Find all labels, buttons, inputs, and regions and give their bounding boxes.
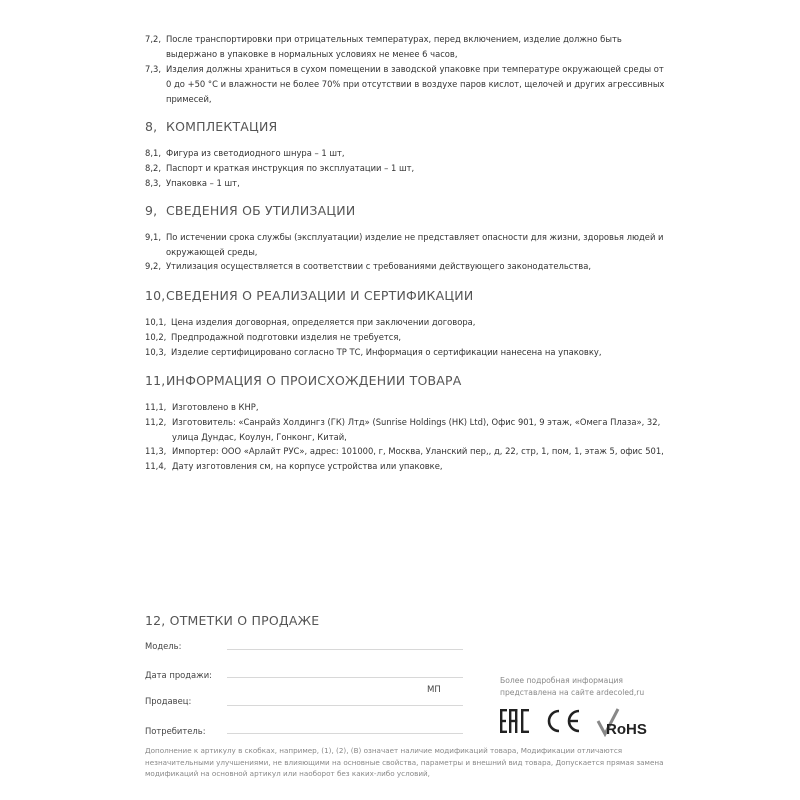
item-number: 8,3,	[145, 176, 161, 191]
item-9-1: 9,1, По истечении срока службы (эксплуат…	[145, 230, 666, 260]
field-label-seller: Продавец:	[145, 696, 191, 706]
eac-mark-icon	[500, 709, 530, 733]
item-8-2: 8,2, Паспорт и краткая инструкция по экс…	[145, 161, 666, 176]
item-text: Паспорт и краткая инструкция по эксплуат…	[166, 161, 666, 176]
info-line-1: Более подробная информация	[500, 675, 680, 687]
item-8-1: 8,1, Фигура из светодиодного шнура – 1 ш…	[145, 146, 666, 161]
section-heading-9: 9,СВЕДЕНИЯ ОБ УТИЛИЗАЦИИ	[145, 203, 355, 218]
item-text: После транспортировки при отрицательных …	[166, 32, 666, 62]
item-9-2: 9,2, Утилизация осуществляется в соответ…	[145, 259, 666, 274]
item-text: Фигура из светодиодного шнура – 1 шт,	[166, 146, 666, 161]
heading-number: 12,	[145, 613, 165, 628]
rohs-mark-icon: RoHS	[596, 707, 658, 737]
item-number: 11,3,	[145, 444, 166, 459]
section-heading-10: 10,СВЕДЕНИЯ О РЕАЛИЗАЦИИ И СЕРТИФИКАЦИИ	[145, 288, 473, 303]
heading-title: КОМПЛЕКТАЦИЯ	[166, 119, 277, 134]
item-7-3: 7,3, Изделия должны храниться в сухом по…	[145, 62, 666, 107]
item-number: 7,2,	[145, 32, 161, 47]
heading-title: ИНФОРМАЦИЯ О ПРОИСХОЖДЕНИИ ТОВАРА	[166, 373, 462, 388]
item-text: Утилизация осуществляется в соответствии…	[166, 259, 666, 274]
certification-marks: RoHS	[500, 707, 670, 737]
stamp-placeholder: МП	[427, 685, 441, 695]
item-number: 9,1,	[145, 230, 161, 245]
item-text: Изделие сертифицировано согласно ТР ТС, …	[171, 345, 671, 360]
heading-number: 9,	[145, 203, 166, 218]
item-number: 10,2,	[145, 330, 166, 345]
field-line-sale-date[interactable]	[227, 677, 463, 678]
item-11-1: 11,1, Изготовлено в КНР,	[145, 400, 672, 415]
field-label-sale-date: Дата продажи:	[145, 670, 212, 680]
heading-number: 8,	[145, 119, 166, 134]
item-number: 10,1,	[145, 315, 166, 330]
item-text: Предпродажной подготовки изделия не треб…	[171, 330, 671, 345]
section-heading-12: 12, ОТМЕТКИ О ПРОДАЖЕ	[145, 613, 319, 628]
item-text: Импортер: ООО «Арлайт РУС», адрес: 10100…	[172, 444, 672, 459]
document-page: 7,2, После транспортировки при отрицател…	[0, 0, 800, 800]
section-heading-8: 8,КОМПЛЕКТАЦИЯ	[145, 119, 277, 134]
item-text: Изготовитель: «Санрайз Холдингз (ГК) Лтд…	[172, 415, 672, 445]
item-text: Цена изделия договорная, определяется пр…	[171, 315, 671, 330]
website-info: Более подробная информация представлена …	[500, 675, 680, 699]
item-10-1: 10,1, Цена изделия договорная, определяе…	[145, 315, 671, 330]
field-label-consumer: Потребитель:	[145, 726, 206, 736]
item-number: 9,2,	[145, 259, 161, 274]
field-line-model[interactable]	[227, 649, 463, 650]
item-10-2: 10,2, Предпродажной подготовки изделия н…	[145, 330, 671, 345]
item-number: 10,3,	[145, 345, 166, 360]
field-line-consumer[interactable]	[227, 733, 463, 734]
item-text: Изделия должны храниться в сухом помещен…	[166, 62, 666, 107]
item-text: По истечении срока службы (эксплуатации)…	[166, 230, 666, 260]
item-text: Упаковка – 1 шт,	[166, 176, 666, 191]
item-number: 11,4,	[145, 459, 166, 474]
item-number: 11,2,	[145, 415, 166, 430]
item-number: 11,1,	[145, 400, 166, 415]
heading-title: ОТМЕТКИ О ПРОДАЖЕ	[170, 613, 320, 628]
heading-title: СВЕДЕНИЯ ОБ УТИЛИЗАЦИИ	[166, 203, 355, 218]
item-text: Изготовлено в КНР,	[172, 400, 672, 415]
heading-title: СВЕДЕНИЯ О РЕАЛИЗАЦИИ И СЕРТИФИКАЦИИ	[166, 288, 473, 303]
ce-mark-icon	[542, 709, 582, 733]
heading-number: 10,	[145, 288, 166, 303]
item-11-4: 11,4, Дату изготовления см, на корпусе у…	[145, 459, 672, 474]
item-number: 8,1,	[145, 146, 161, 161]
item-text: Дату изготовления см, на корпусе устройс…	[172, 459, 672, 474]
field-label-model: Модель:	[145, 641, 181, 651]
svg-text:RoHS: RoHS	[606, 721, 647, 737]
modification-footnote: Дополнение к артикулу в скобках, наприме…	[145, 745, 665, 780]
item-10-3: 10,3, Изделие сертифицировано согласно Т…	[145, 345, 671, 360]
item-number: 7,3,	[145, 62, 161, 77]
heading-number: 11,	[145, 373, 166, 388]
info-line-2: представлена на сайте ardecoled,ru	[500, 687, 680, 699]
field-line-seller[interactable]	[227, 705, 463, 706]
item-7-2: 7,2, После транспортировки при отрицател…	[145, 32, 666, 62]
item-8-3: 8,3, Упаковка – 1 шт,	[145, 176, 666, 191]
item-11-3: 11,3, Импортер: ООО «Арлайт РУС», адрес:…	[145, 444, 672, 459]
item-number: 8,2,	[145, 161, 161, 176]
section-heading-11: 11,ИНФОРМАЦИЯ О ПРОИСХОЖДЕНИИ ТОВАРА	[145, 373, 462, 388]
item-11-2: 11,2, Изготовитель: «Санрайз Холдингз (Г…	[145, 415, 672, 445]
